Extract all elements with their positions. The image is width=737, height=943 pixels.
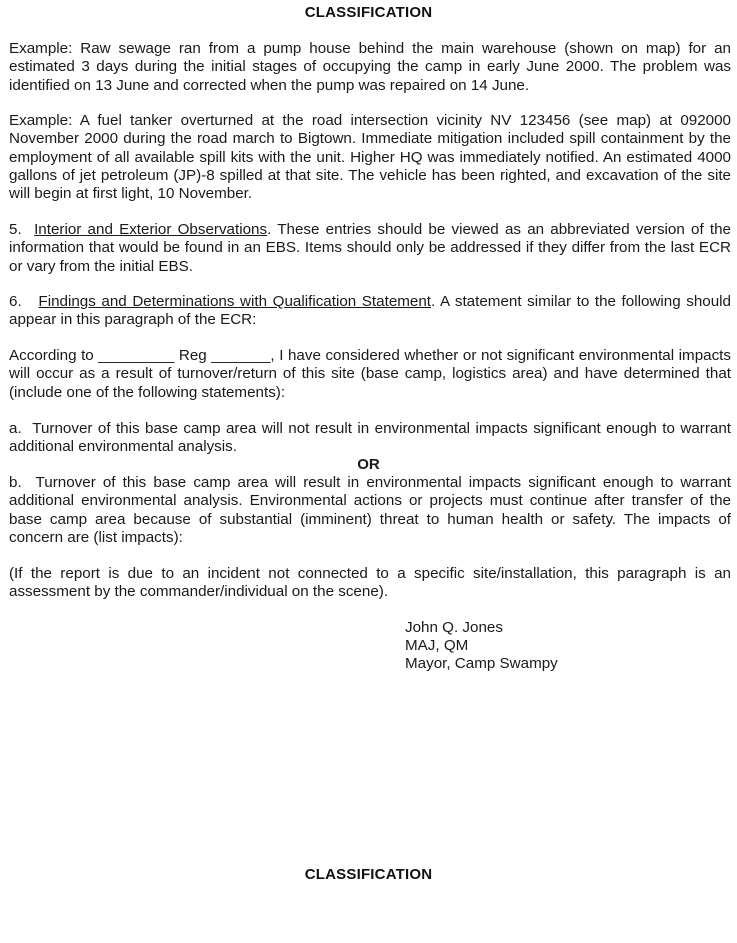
according-paragraph: According to _________ Reg _______, I ha… — [9, 347, 731, 402]
footer-classification: CLASSIFICATION — [0, 866, 737, 883]
signature-rank: MAJ, QM — [405, 637, 558, 655]
or-label: OR — [0, 456, 737, 473]
header-classification: CLASSIFICATION — [0, 4, 737, 21]
section-5-heading: Interior and Exterior Observations — [34, 221, 267, 238]
signature-name: John Q. Jones — [405, 619, 558, 637]
section-5-paragraph: 5. Interior and Exterior Observations. T… — [9, 221, 731, 276]
example-paragraph-1: Example: Raw sewage ran from a pump hous… — [9, 40, 731, 95]
section-6-paragraph: 6. Findings and Determinations with Qual… — [9, 293, 731, 330]
note-paragraph: (If the report is due to an incident not… — [9, 565, 731, 602]
section-6-number: 6. — [9, 293, 22, 310]
section-5-number: 5. — [9, 221, 22, 238]
section-6-heading: Findings and Determinations with Qualifi… — [38, 293, 431, 310]
signature-title: Mayor, Camp Swampy — [405, 655, 558, 673]
option-a-paragraph: a. Turnover of this base camp area will … — [9, 420, 731, 457]
option-b-paragraph: b. Turnover of this base camp area will … — [9, 474, 731, 547]
signature-block: John Q. Jones MAJ, QM Mayor, Camp Swampy — [405, 619, 558, 673]
example-paragraph-2: Example: A fuel tanker overturned at the… — [9, 112, 731, 203]
